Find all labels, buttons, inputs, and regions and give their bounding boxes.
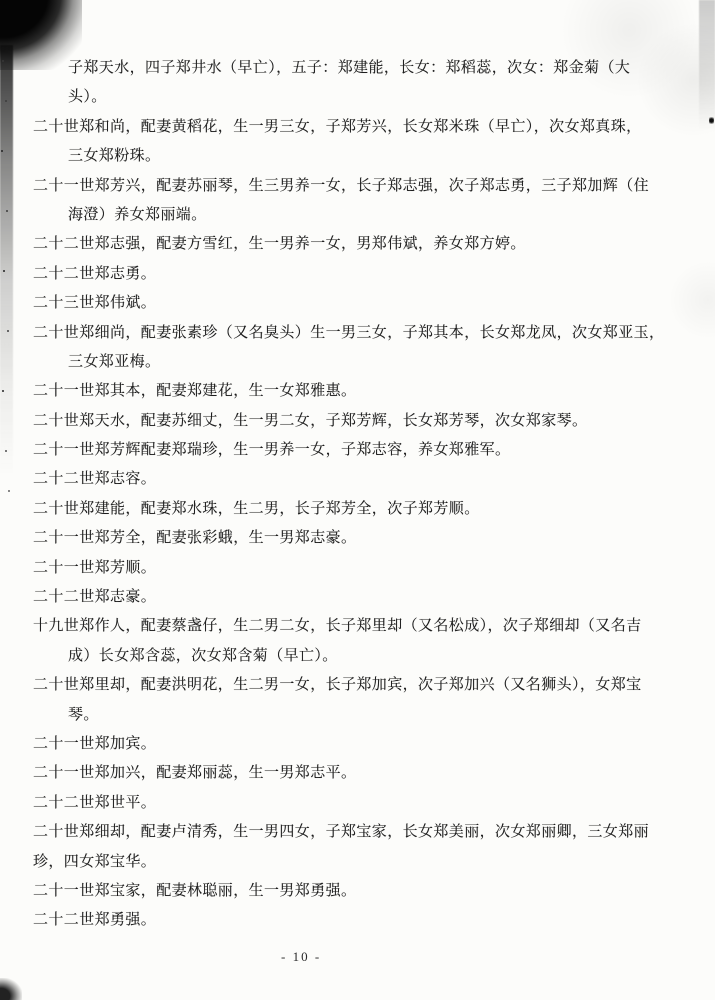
text-line: 二十世郑和尚，配妻黄稻花，生一男三女，子郑芳兴，长女郑米珠（早亡），次女郑真珠， (33, 113, 688, 142)
text-line: 二十二世郑志容。 (33, 465, 688, 494)
text-line: 三女郑亚梅。 (33, 348, 688, 377)
text-line: 二十一世郑加兴，配妻郑丽蕊，生一男郑志平。 (33, 759, 688, 788)
scanned-document-page: 子郑天水，四子郑井水（早亡），五子：郑建能，长女：郑稻蕊，次女：郑金菊（大头）。… (0, 0, 715, 1000)
text-line: 二十一世郑芳全，配妻张彩蛾，生一男郑志豪。 (33, 524, 688, 553)
text-line: 成）长女郑含蕊，次女郑含菊（早亡）。 (33, 642, 688, 671)
text-line: 二十一世郑加宾。 (33, 730, 688, 759)
text-line: 珍，四女郑宝华。 (33, 848, 688, 877)
text-line: 二十世郑细尚，配妻张素珍（又名臭头）生一男三女，子郑其本，长女郑龙凤，次女郑亚玉… (33, 319, 688, 348)
text-line: 二十一世郑芳顺。 (33, 554, 688, 583)
text-line: 二十一世郑宝家，配妻林聪丽，生一男郑勇强。 (33, 877, 688, 906)
text-line: 三女郑粉珠。 (33, 142, 688, 171)
text-line: 二十二世郑志勇。 (33, 260, 688, 289)
text-line: 琴。 (33, 701, 688, 730)
text-line: 子郑天水，四子郑井水（早亡），五子：郑建能，长女：郑稻蕊，次女：郑金菊（大 (33, 54, 688, 83)
text-line: 二十二世郑世平。 (33, 789, 688, 818)
text-line: 二十一世郑其本，配妻郑建花，生一女郑雅惠。 (33, 377, 688, 406)
text-line: 二十一世郑芳辉配妻郑瑞珍，生一男养一女，子郑志容，养女郑雅军。 (33, 436, 688, 465)
text-line: 十九世郑作人，配妻蔡盏仔，生二男二女，长子郑里却（又名松成），次子郑细却（又名吉 (33, 612, 688, 641)
genealogy-text-block: 子郑天水，四子郑井水（早亡），五子：郑建能，长女：郑稻蕊，次女：郑金菊（大头）。… (33, 54, 688, 936)
text-line: 二十三世郑伟斌。 (33, 289, 688, 318)
page-number: - 10 - (281, 949, 321, 965)
text-line: 二十二世郑志强，配妻方雪红，生一男养一女，男郑伟斌，养女郑方婷。 (33, 230, 688, 259)
scan-artifact-bottom-left-corner (0, 978, 22, 1000)
text-line: 二十二世郑志豪。 (33, 583, 688, 612)
scan-speckles-left-edge (2, 60, 4, 62)
text-line: 头）。 (33, 83, 688, 112)
text-line: 海澄）养女郑丽端。 (33, 201, 688, 230)
text-line: 二十世郑细却，配妻卢清秀，生一男四女，子郑宝家，长女郑美丽，次女郑丽卿，三女郑丽 (33, 818, 688, 847)
scan-artifact-top-right-edge (699, 0, 715, 130)
text-line: 二十二世郑勇强。 (33, 906, 688, 935)
scan-artifact-left-edge (0, 45, 13, 475)
text-line: 二十一世郑芳兴，配妻苏丽琴，生三男养一女，长子郑志强，次子郑志勇，三子郑加辉（住 (33, 172, 688, 201)
text-line: 二十世郑天水，配妻苏细丈，生一男二女，子郑芳辉，长女郑芳琴，次女郑家琴。 (33, 407, 688, 436)
text-line: 二十世郑里却，配妻洪明花，生二男一女，长子郑加宾，次子郑加兴（又名狮头），女郑宝 (33, 671, 688, 700)
text-line: 二十世郑建能，配妻郑水珠，生二男，长子郑芳全，次子郑芳顺。 (33, 495, 688, 524)
scan-spot-right-edge (709, 117, 714, 124)
